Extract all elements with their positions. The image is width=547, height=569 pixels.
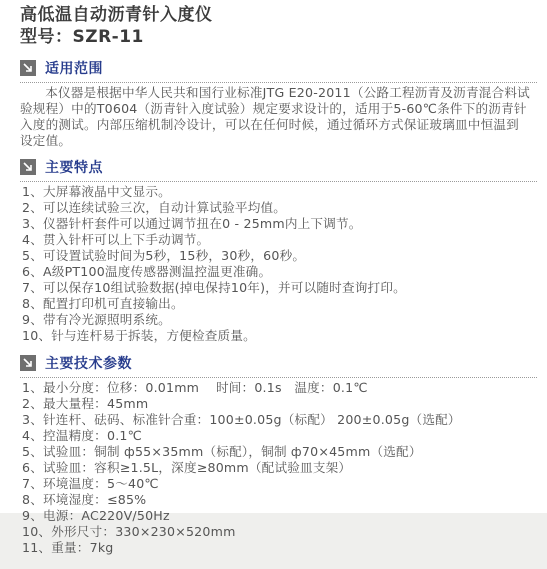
list-item: 11、重量：7kg [22,540,537,556]
list-item: 1、最小分度：位移：0.01mm 时间：0.1s 温度：0.1℃ [22,380,537,396]
list-item: 5、可设置试验时间为5秒，15秒，30秒，60秒。 [22,248,537,264]
section-title: 适用范围 [45,58,103,78]
list-item: 7、环境温度：5～40℃ [22,476,537,492]
list-item: 2、最大量程：45mm [22,396,537,412]
list-item: 7、可以保存10组试验数据(掉电保持10年)，并可以随时查询打印。 [22,280,537,296]
dotted-divider [20,82,537,83]
list-item: 6、试验皿：容积≥1.5L，深度≥80mm（配试验皿支架） [22,460,537,476]
list-item: 1、大屏幕液晶中文显示。 [22,184,537,200]
section-header: 主要技术参数 [20,353,537,373]
list-item: 10、针与连杆易于拆装，方便检查质量。 [22,328,537,344]
specs-list: 1、最小分度：位移：0.01mm 时间：0.1s 温度：0.1℃ 2、最大量程：… [20,380,537,556]
list-item: 8、环境湿度：≤85% [22,492,537,508]
arrow-down-right-icon [20,159,36,175]
list-item: 4、控温精度：0.1℃ [22,428,537,444]
product-spec-document: 高低温自动沥青针入度仪 型号：SZR-11 适用范围 本仪器是根据中华人民共和国… [0,0,537,556]
list-item: 3、针连杆、砝码、标准针合重：100±0.05g（标配） 200±0.05g（选… [22,412,537,428]
scope-paragraph: 本仪器是根据中华人民共和国行业标准JTG E20-2011（公路工程沥青及沥青混… [20,85,537,149]
list-item: 2、可以连续试验三次，自动计算试验平均值。 [22,200,537,216]
list-item: 9、带有冷光源照明系统。 [22,312,537,328]
dotted-divider [20,181,537,182]
section-title: 主要技术参数 [45,353,132,373]
section-tech-specs: 主要技术参数 1、最小分度：位移：0.01mm 时间：0.1s 温度：0.1℃ … [20,353,537,556]
list-item: 4、贯入针杆可以上下手动调节。 [22,232,537,248]
section-header: 适用范围 [20,58,537,78]
list-item: 8、配置打印机可直接输出。 [22,296,537,312]
list-item: 3、仪器针杆套件可以通过调节扭在0 - 25mm内上下调节。 [22,216,537,232]
features-list: 1、大屏幕液晶中文显示。 2、可以连续试验三次，自动计算试验平均值。 3、仪器针… [20,184,537,344]
section-features: 主要特点 1、大屏幕液晶中文显示。 2、可以连续试验三次，自动计算试验平均值。 … [20,157,537,344]
section-title: 主要特点 [45,157,103,177]
model-number: 型号：SZR-11 [20,27,537,48]
dotted-divider [20,377,537,378]
list-item: 5、试验皿：铜制 ф55×35mm（标配），铜制 ф70×45mm（选配） [22,444,537,460]
arrow-down-right-icon [20,355,36,371]
section-header: 主要特点 [20,157,537,177]
section-scope: 适用范围 本仪器是根据中华人民共和国行业标准JTG E20-2011（公路工程沥… [20,58,537,149]
list-item: 6、A级PT100温度传感器测温控温更准确。 [22,264,537,280]
arrow-down-right-icon [20,60,36,76]
product-title: 高低温自动沥青针入度仪 [20,0,537,26]
list-item: 10、外形尺寸：330×230×520mm [22,524,537,540]
list-item: 9、电源：AC220V/50Hz [22,508,537,524]
